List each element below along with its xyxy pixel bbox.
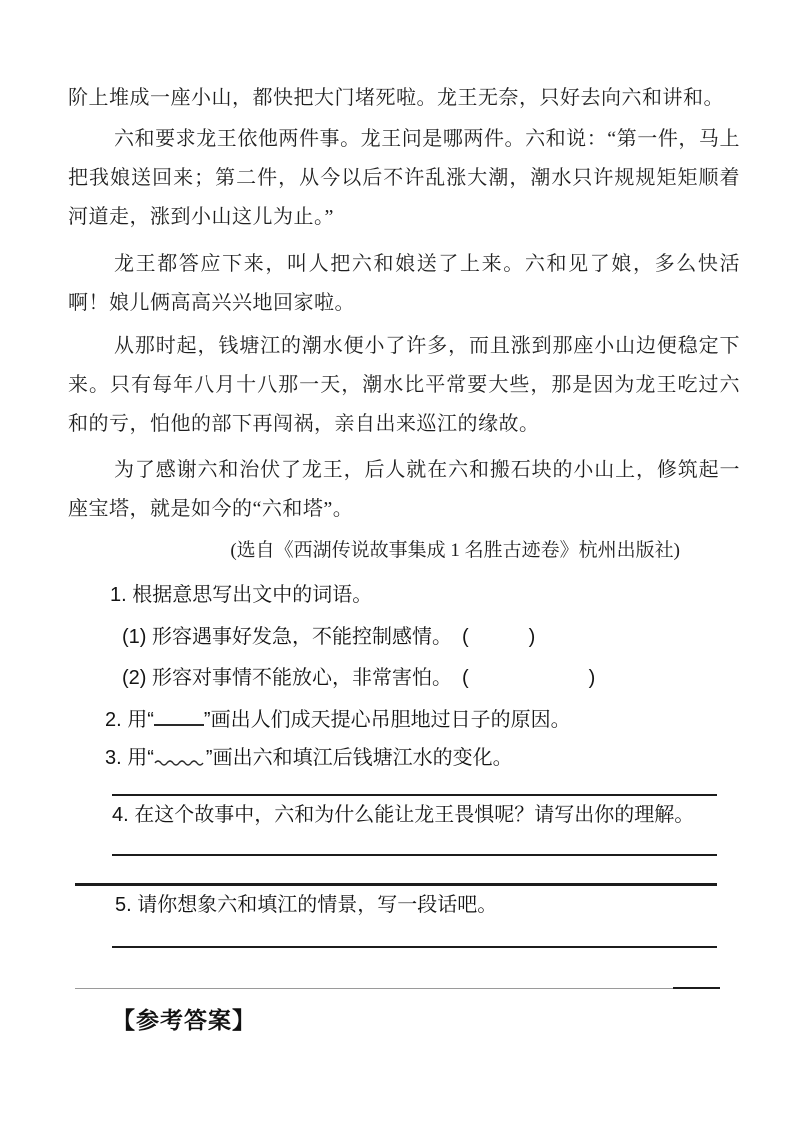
- question-1-sub-2-text: (2) 形容对事情不能放心，非常害怕。: [122, 667, 452, 689]
- answer-line: [112, 946, 717, 948]
- question-3-suffix: ”画出六和填江后钱塘江水的变化。: [206, 747, 513, 769]
- story-source-text: (选自《西湖传说故事集成 1 名胜古迹卷》杭州出版社): [230, 540, 680, 561]
- question-2-suffix: ”画出人们成天提心吊胆地过日子的原因。: [204, 709, 571, 731]
- reference-answers-header: 【参考答案】: [112, 1006, 256, 1036]
- story-paragraph-4: 从那时起，钱塘江的潮水便小了许多，而且涨到那座小山边便稳定下来。只有每年八月十八…: [68, 327, 740, 444]
- question-1-sub-2: (2) 形容对事情不能放心，非常害怕。( ): [122, 666, 595, 691]
- answer-line-segment: [673, 987, 720, 989]
- story-source-citation: (选自《西湖传说故事集成 1 名胜古迹卷》杭州出版社): [68, 532, 740, 570]
- question-3-prefix: 3. 用“: [105, 747, 154, 769]
- answer-line-faint: [75, 988, 673, 989]
- question-1-sub-1: (1) 形容遇事好发急，不能控制感情。( ): [122, 625, 535, 650]
- question-1-sub-2-answer-parens: ( ): [452, 667, 595, 689]
- answer-line: [75, 883, 717, 886]
- answer-line: [112, 794, 717, 796]
- question-4: 4. 在这个故事中，六和为什么能让龙王畏惧呢？请写出你的理解。: [112, 803, 694, 828]
- question-1-sub-1-answer-parens: ( ): [452, 626, 535, 648]
- story-paragraph-1: 阶上堆成一座小山，都快把大门堵死啦。龙王无奈，只好去向六和讲和。: [68, 79, 740, 118]
- question-3: 3. 用“”画出六和填江后钱塘江水的变化。: [105, 746, 513, 771]
- story-paragraph-3: 龙王都答应下来，叫人把六和娘送了上来。六和见了娘，多么快活啊！娘儿俩高高兴兴地回…: [68, 245, 740, 323]
- answer-line: [112, 854, 717, 856]
- worksheet-page: 阶上堆成一座小山，都快把大门堵死啦。龙王无奈，只好去向六和讲和。 六和要求龙王依…: [0, 0, 793, 1122]
- wavy-underline-blank: [154, 749, 206, 764]
- straight-underline-blank: [154, 709, 204, 726]
- question-2: 2. 用“”画出人们成天提心吊胆地过日子的原因。: [105, 708, 571, 733]
- question-1-sub-1-text: (1) 形容遇事好发急，不能控制感情。: [122, 626, 452, 648]
- question-5: 5. 请你想象六和填江的情景，写一段话吧。: [115, 893, 497, 918]
- story-paragraph-2: 六和要求龙王依他两件事。龙王问是哪两件。六和说：“第一件，马上把我娘送回来；第二…: [68, 120, 740, 237]
- question-1: 1. 根据意思写出文中的词语。: [110, 583, 372, 608]
- question-2-prefix: 2. 用“: [105, 709, 154, 731]
- story-paragraph-5: 为了感谢六和治伏了龙王，后人就在六和搬石块的小山上，修筑起一座宝塔，就是如今的“…: [68, 451, 740, 529]
